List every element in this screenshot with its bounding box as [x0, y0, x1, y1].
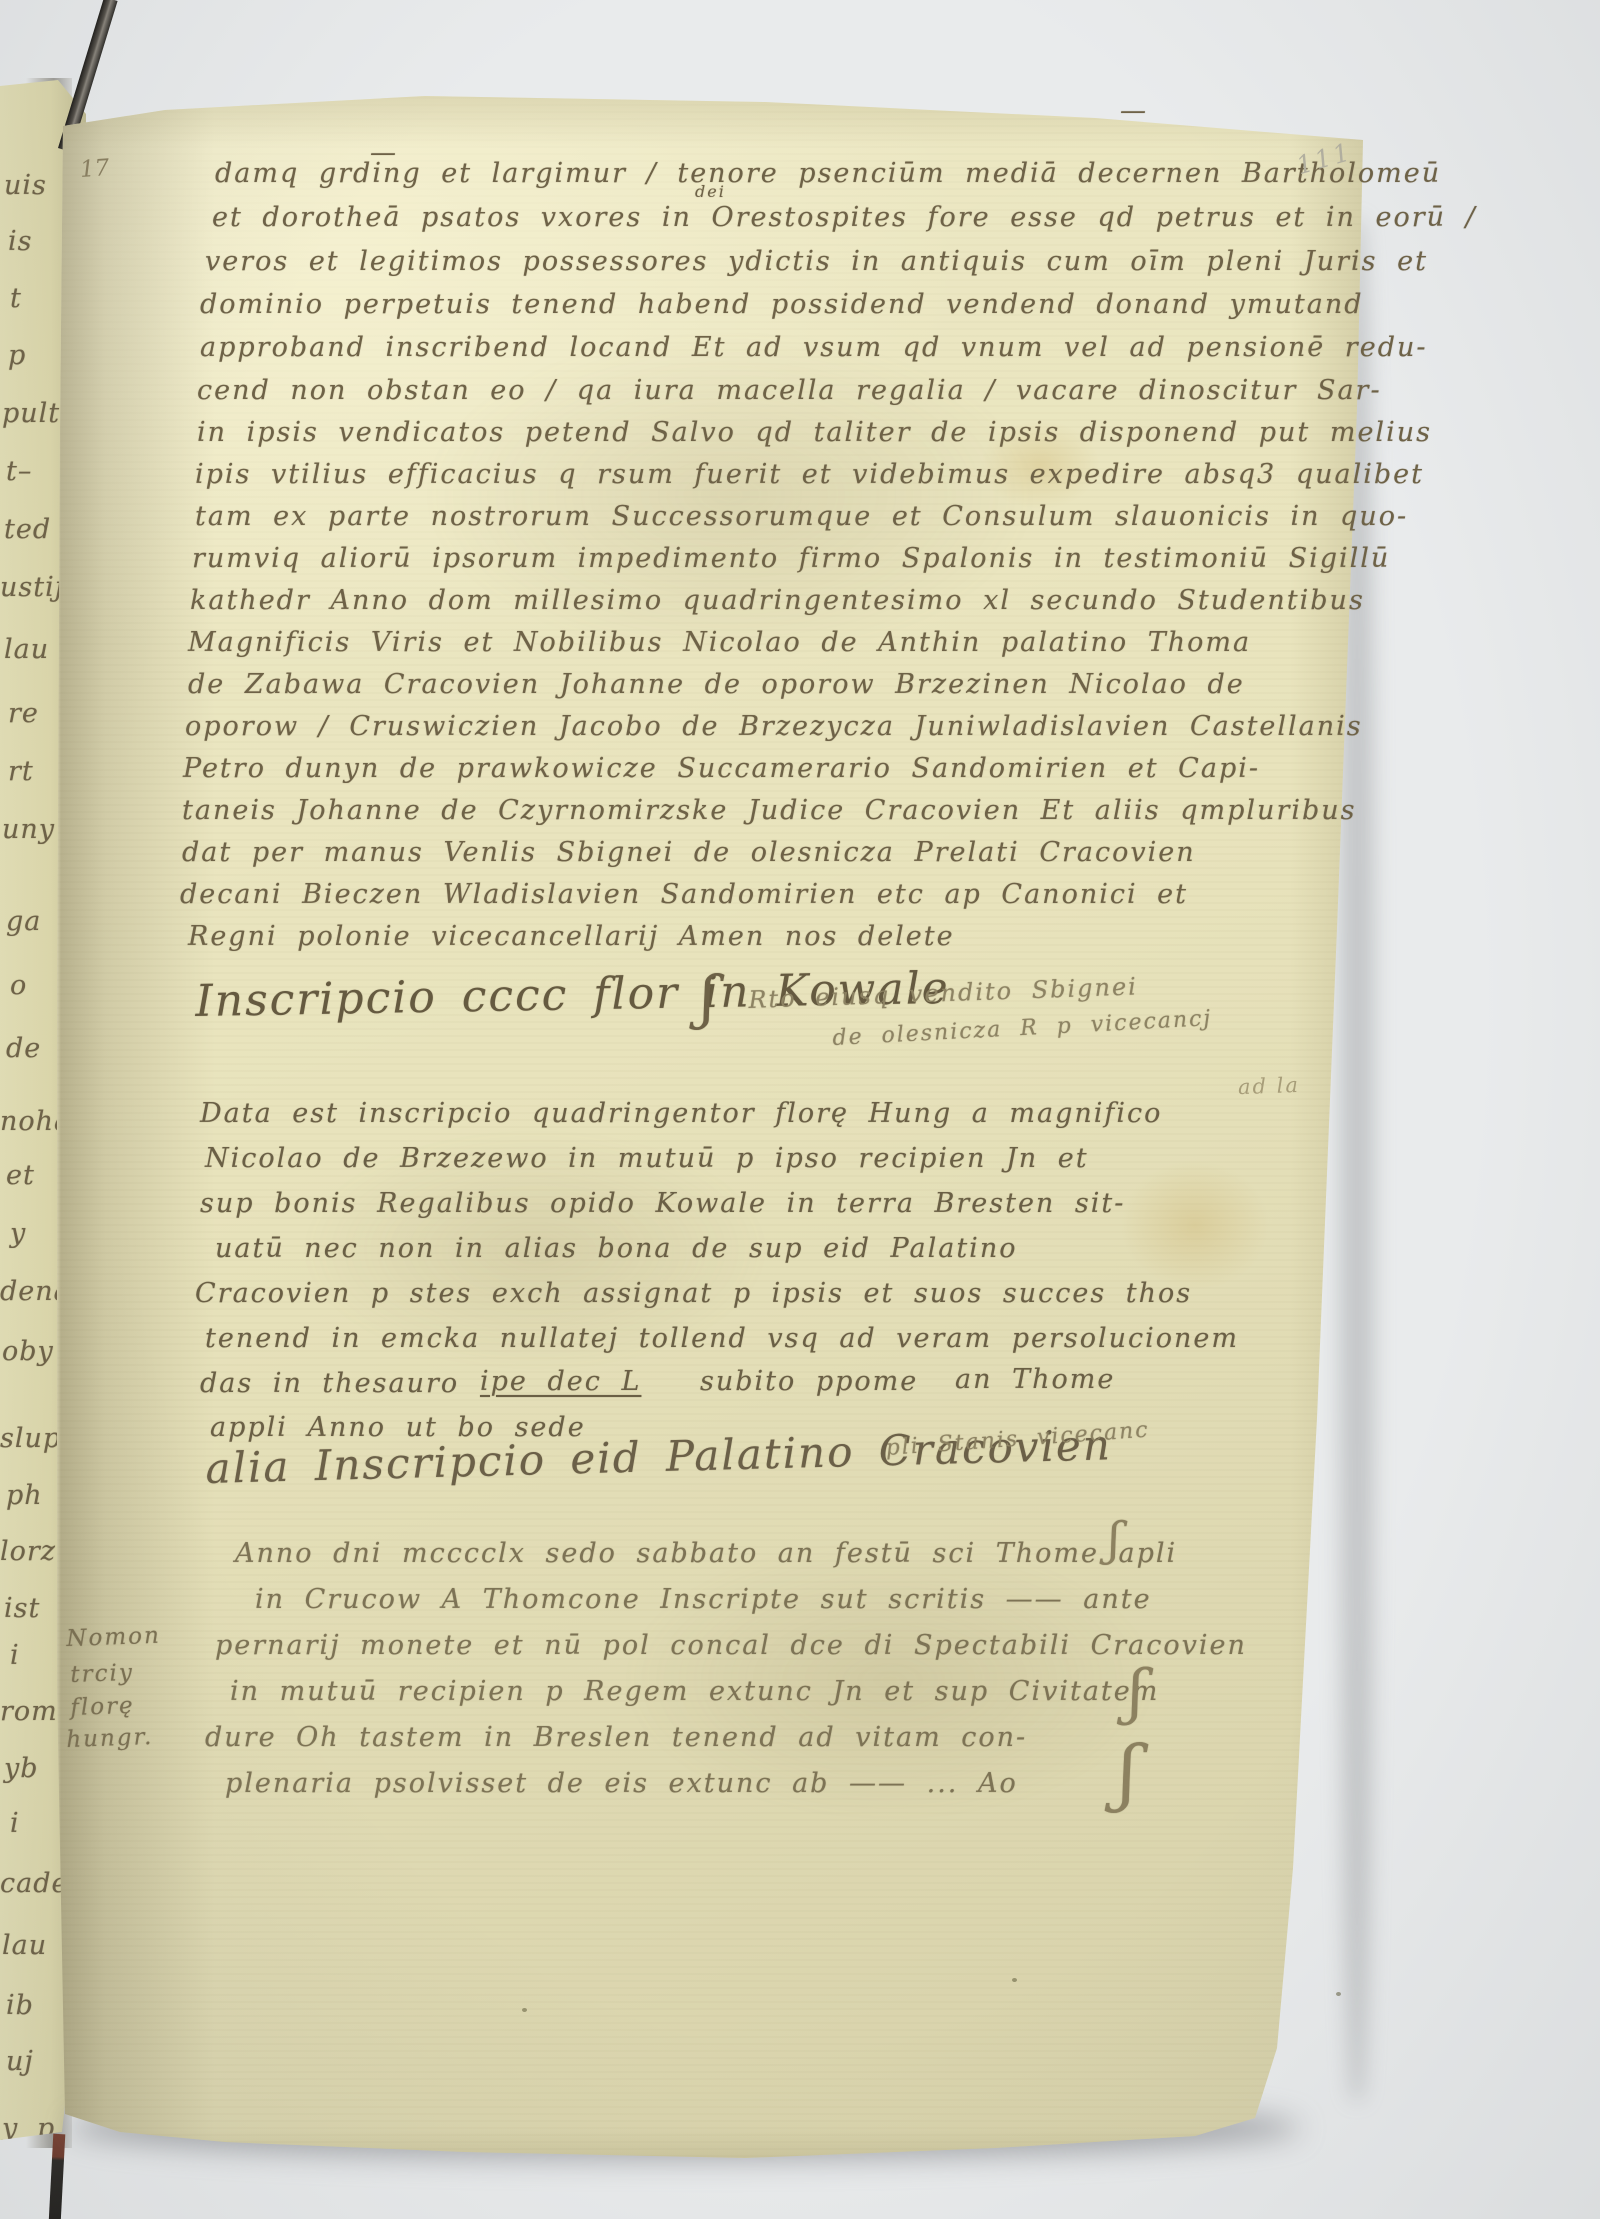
right-margin-note: ad la: [1238, 1075, 1301, 1098]
left-margin-note: Nomontrciyfloręhungr.: [0, 0, 1600, 2219]
margin-note-line: trciy: [70, 1662, 134, 1687]
manuscript-photo: uisistppultt–tedustijlaurertunygaodenoha…: [0, 0, 1600, 2219]
page-number: 17: [79, 157, 110, 182]
margin-note-line: hungr.: [66, 1726, 154, 1752]
margin-note-line: Nomon: [66, 1625, 161, 1651]
margin-note-line: florę: [70, 1695, 135, 1720]
